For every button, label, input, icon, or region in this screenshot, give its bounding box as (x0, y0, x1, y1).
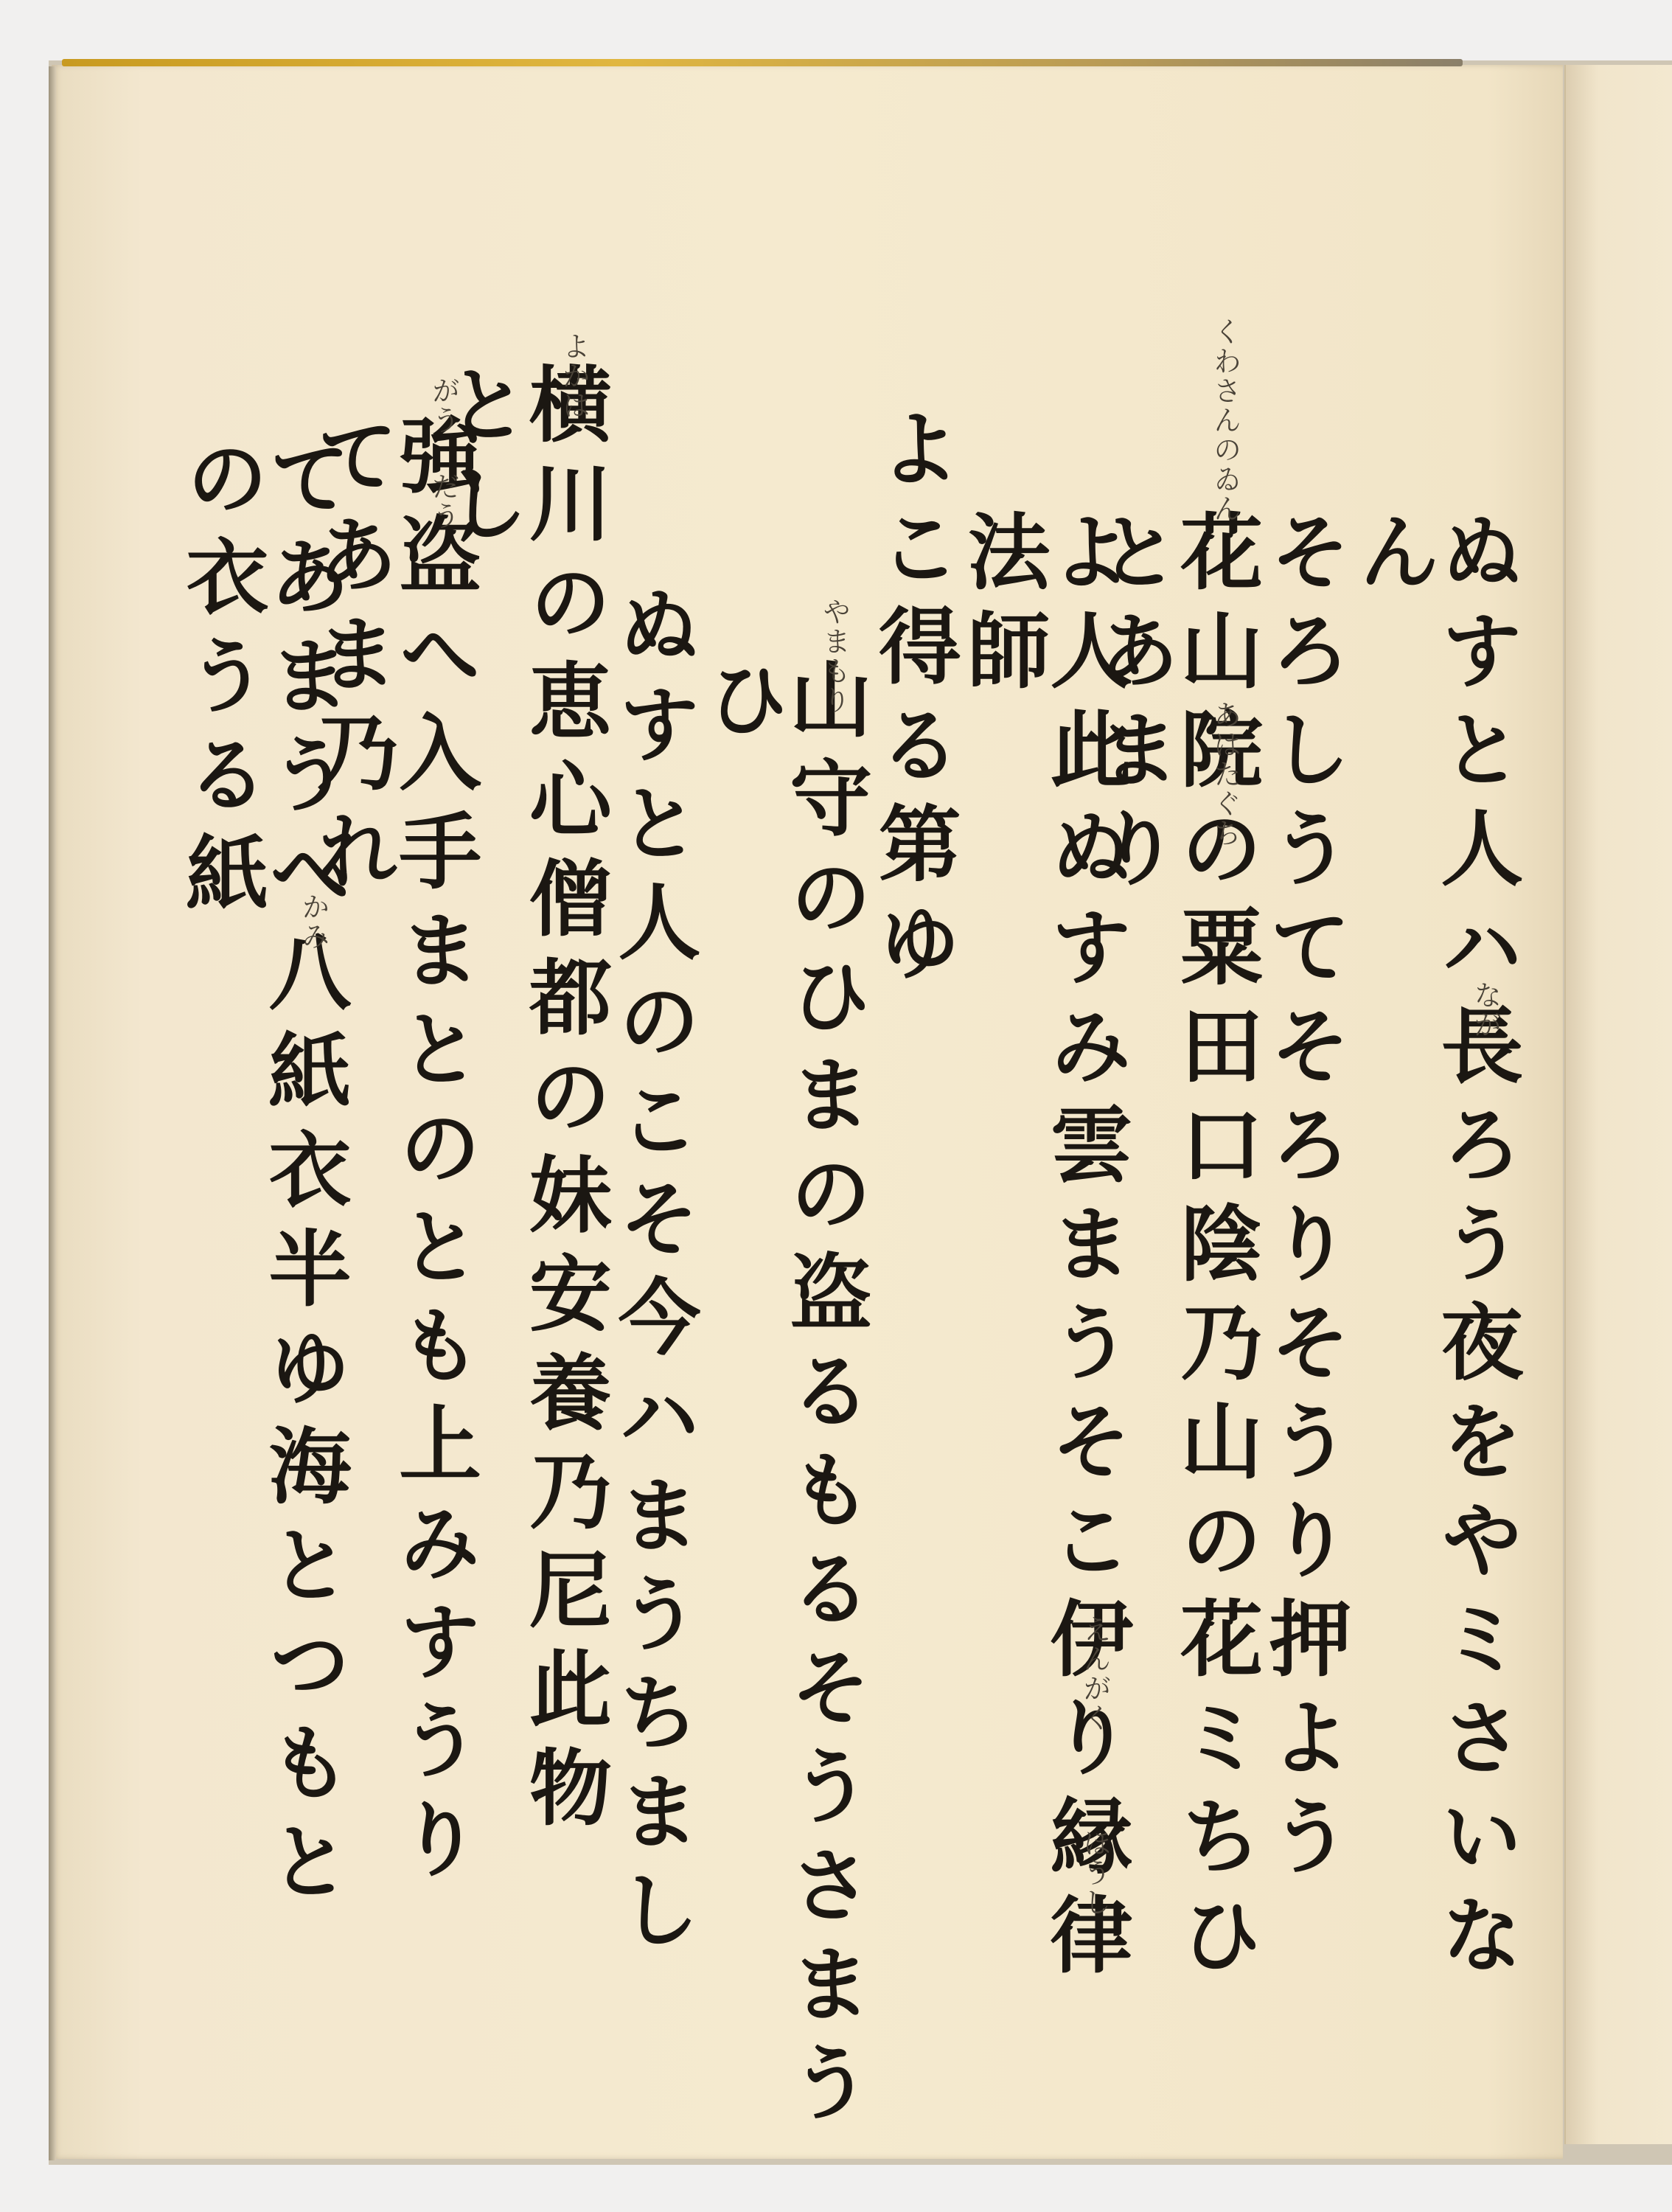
calligraphy-text-area: ぬすと人ハ長ろう夜をやミさいなんなが そろしうてそろりそうり押よう 花山院の粟田… (206, 509, 1489, 2028)
furigana: ほうし (1075, 1829, 1115, 1917)
text-column-1: ぬすと人ハ長ろう夜をやミさいなんなが (1379, 509, 1489, 2028)
furigana: えんがく (1075, 1615, 1115, 1733)
column-text: ぬすと人ハ長ろう夜をやミさいなん (1351, 509, 1516, 2028)
spine-edge (49, 66, 56, 2160)
text-column-2: そろしうてそろりそうり押よう (1248, 509, 1359, 2028)
furigana: がう (424, 376, 464, 435)
column-text: てあまうへ八紙衣半ゆ海とつもとの衣うる紙 (179, 435, 344, 1954)
furigana: あはたぐち (1205, 700, 1246, 848)
text-column-10: てあまうへ八紙衣半ゆ海とつもとの衣うる紙かみ (206, 435, 317, 1954)
text-column-6: 山守のひまの盗るもるそうさまうひやまもり (728, 656, 838, 2175)
column-text: ぬすと人のこそ今ハまうちまし (611, 582, 694, 1966)
text-column-3: 花山院の粟田口陰乃山の花ミちひとあまりくわさんのゐんあはたぐち (1118, 509, 1229, 2028)
furigana: くわさんのゐん (1205, 317, 1246, 524)
text-column-7: ぬすと人のこそ今ハまうちまし (597, 582, 708, 2101)
column-text: そろしうてそろりそうり押よう (1262, 509, 1345, 1892)
furigana: なが (1466, 981, 1506, 1040)
furigana: かみ (293, 892, 334, 951)
column-text: よ人此ぬすみ雲まうそこ伊り縁律法師 (961, 509, 1126, 2028)
text-column-4: よ人此ぬすみ雲まうそこ伊り縁律法師えんがくほうし (988, 509, 1098, 2028)
furigana: だう (424, 472, 464, 531)
facing-page-edge (1564, 65, 1672, 2144)
furigana: よかは (554, 332, 594, 420)
text-column-5: よこ得る第ゆ (857, 406, 968, 1924)
furigana: やまもり (815, 597, 855, 715)
text-column-8: 横川の恵心僧都の妹安養乃尼此物としよかは (467, 361, 577, 1880)
column-text: 山守のひまの盗るもるそうさまうひ (700, 656, 865, 2175)
gilt-top-edge (62, 59, 1463, 66)
column-text: よこ得る第ゆ (871, 406, 954, 998)
text-column-9: 強盗へ入手まとのとも上みすうりてあま乃れがうだう (337, 413, 447, 1932)
